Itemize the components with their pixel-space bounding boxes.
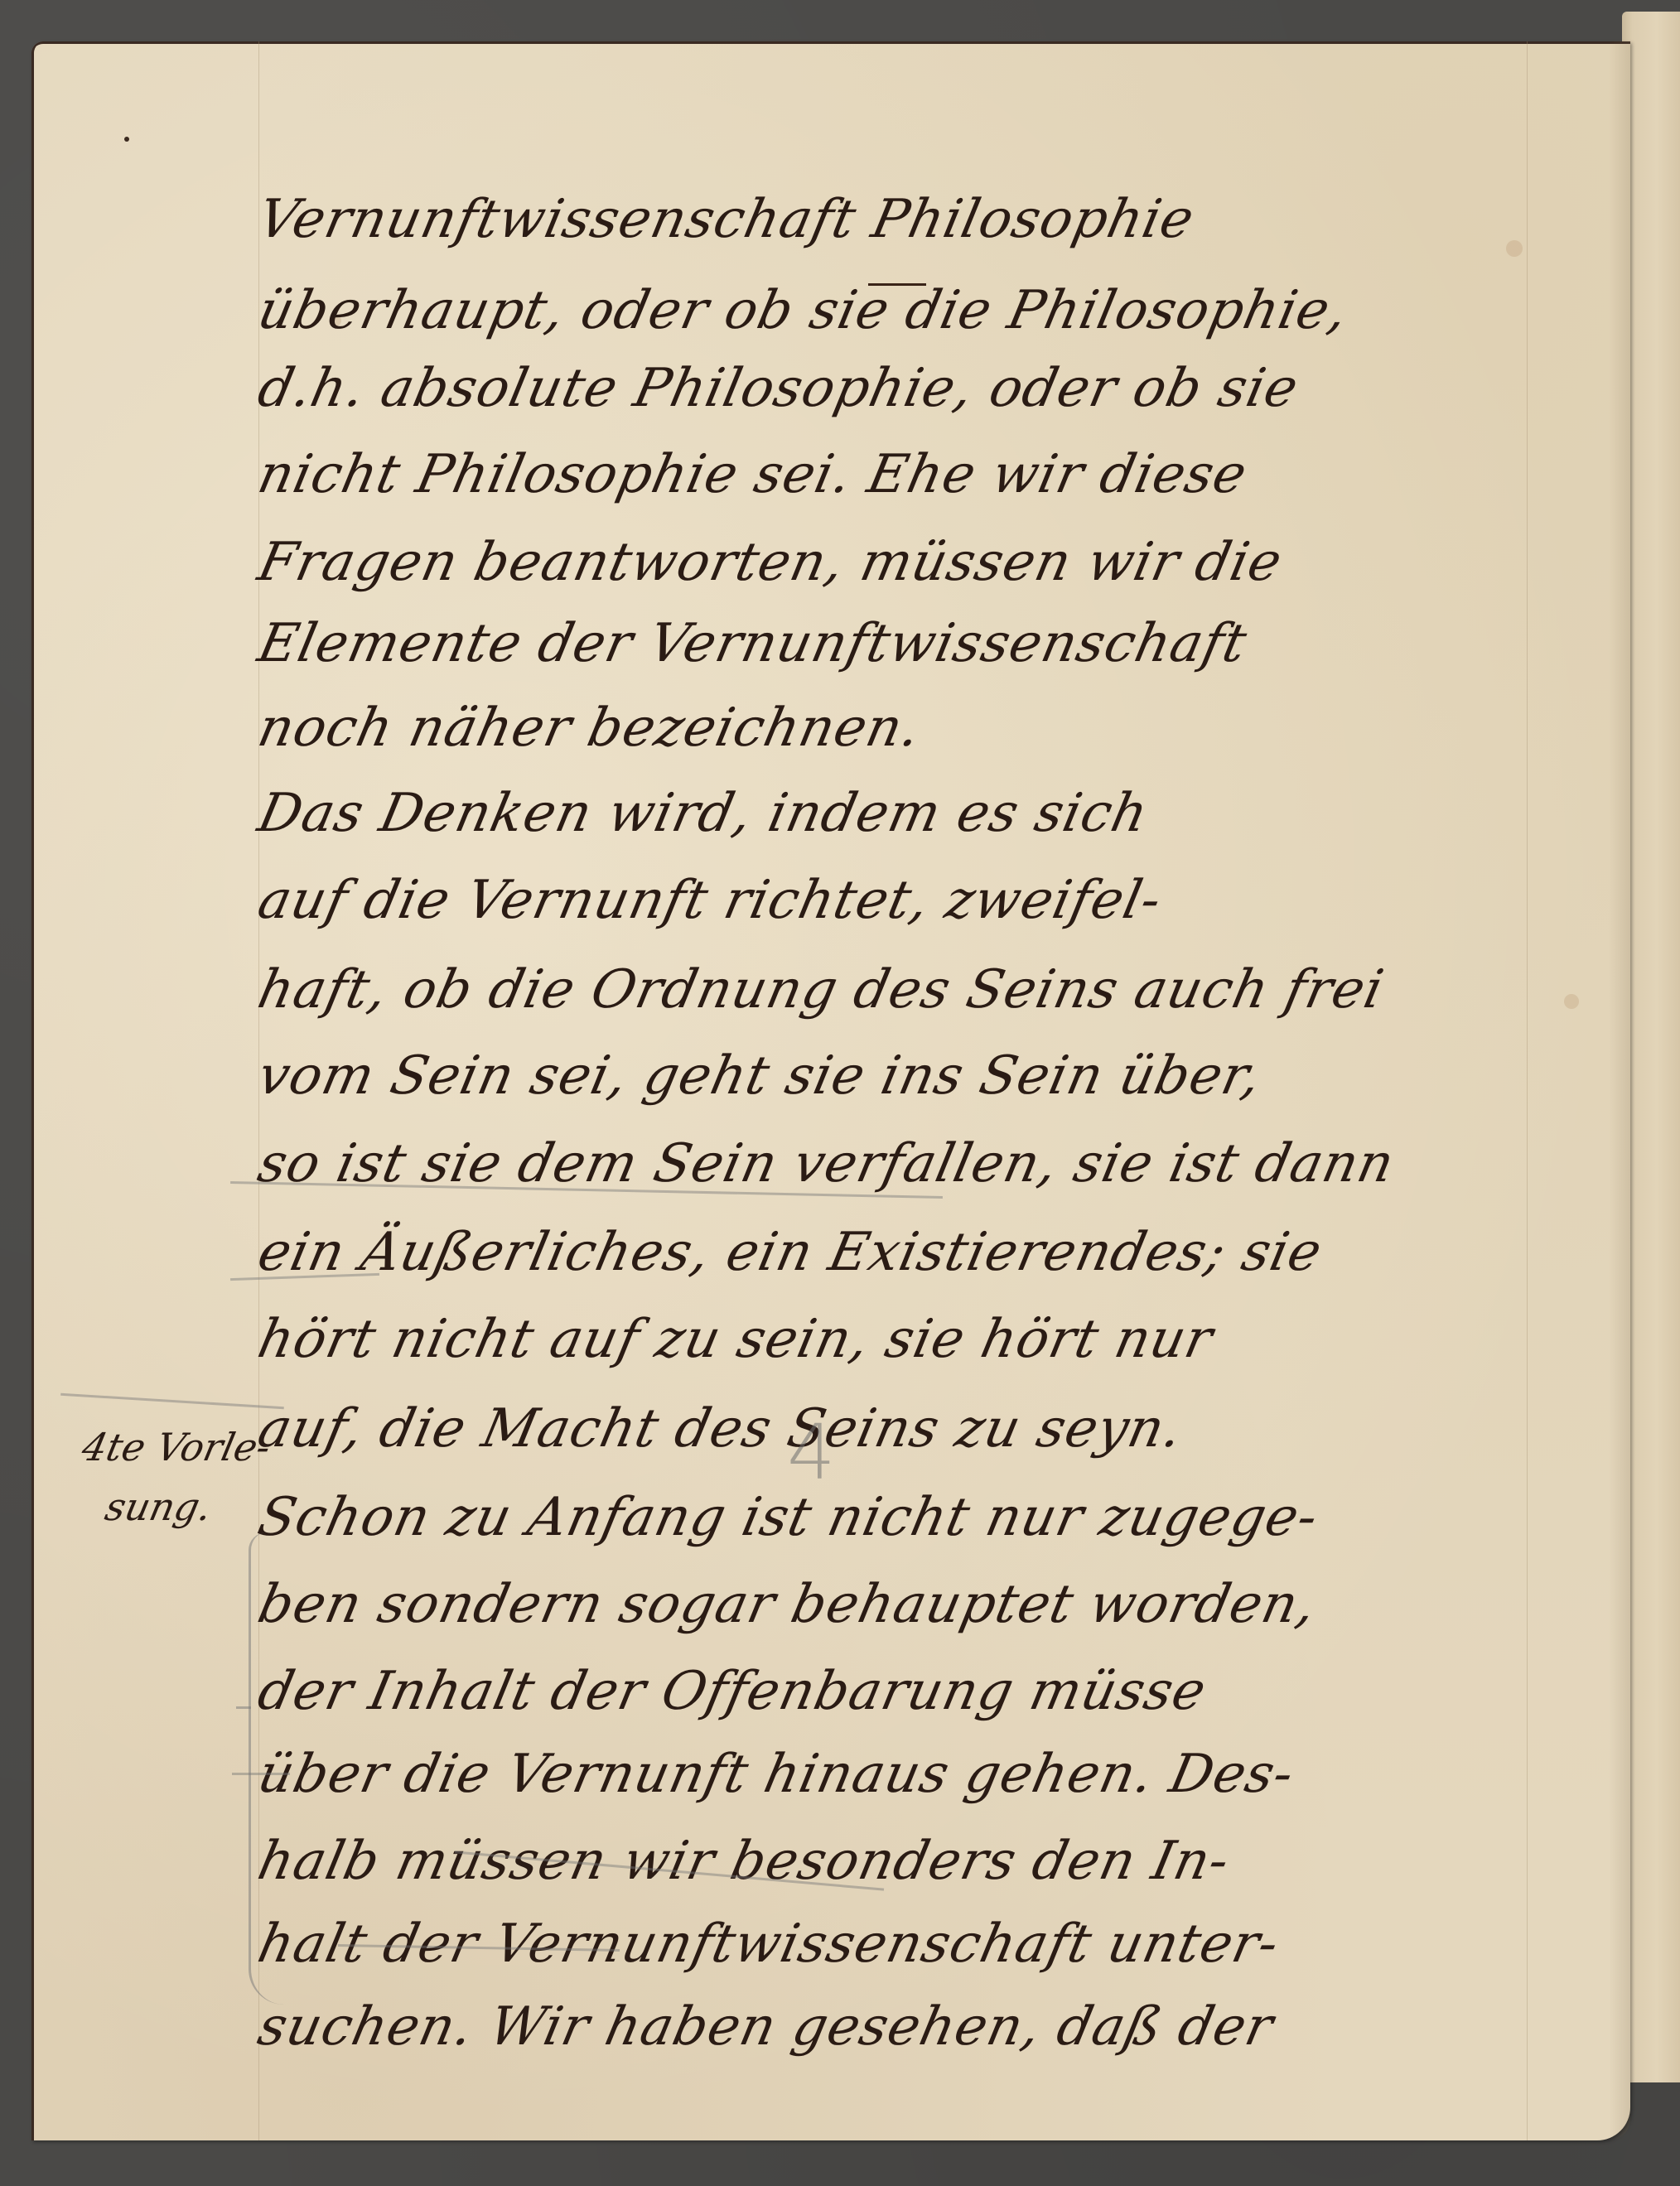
text-line: hört nicht auf zu sein, sie hört nur bbox=[253, 1309, 1219, 1370]
right-margin-rule bbox=[1527, 41, 1528, 2140]
ink-speck bbox=[124, 137, 129, 142]
paper-stain bbox=[1506, 240, 1523, 257]
manuscript-page: Vernunftwissenschaft Philosophie überhau… bbox=[31, 41, 1630, 2140]
text-line: vom Sein sei, geht sie ins Sein über, bbox=[253, 1045, 1267, 1107]
text-line: halt der Vernunftwissenschaft unter- bbox=[253, 1913, 1284, 1975]
text-line: über die Vernunft hinaus gehen. Des- bbox=[253, 1744, 1300, 1805]
text-line: noch näher bezeichnen. bbox=[253, 697, 926, 759]
text-line: Elemente der Vernunftwissenschaft bbox=[253, 613, 1253, 674]
pencil-page-number: 4 bbox=[787, 1408, 836, 1497]
text-line: d.h. absolute Philosophie, oder ob sie bbox=[253, 358, 1304, 419]
ink-underline bbox=[868, 283, 926, 286]
text-line: Das Denken wird, indem es sich bbox=[253, 783, 1154, 844]
text-line: haft, ob die Ordnung des Seins auch frei bbox=[253, 959, 1389, 1021]
text-line: ben sondern sogar behauptet worden, bbox=[253, 1574, 1322, 1635]
text-line: nicht Philosophie sei. Ehe wir diese bbox=[253, 444, 1253, 505]
paper-stain bbox=[1564, 994, 1579, 1009]
pencil-guide-line bbox=[60, 1393, 284, 1409]
text-line: suchen. Wir haben gesehen, daß der bbox=[253, 1996, 1279, 2058]
adjacent-page-edge bbox=[1622, 12, 1680, 2082]
text-line: ein Äußerliches, ein Existierendes; sie bbox=[253, 1222, 1327, 1283]
text-line: auf, die Macht des Seins zu seyn. bbox=[253, 1398, 1188, 1460]
text-line: halb müssen wir besonders den In- bbox=[253, 1831, 1235, 1892]
text-line: auf die Vernunft richtet, zweifel- bbox=[253, 870, 1167, 931]
text-line: Vernunftwissenschaft Philosophie bbox=[253, 189, 1200, 250]
text-line: Fragen beantworten, müssen wir die bbox=[253, 532, 1287, 593]
text-line: überhaupt, oder ob sie die Philosophie, bbox=[253, 280, 1354, 341]
text-line: der Inhalt der Offenbarung müsse bbox=[253, 1661, 1212, 1722]
margin-note-line-1: 4te Vorle- bbox=[78, 1425, 274, 1469]
page-edge-shadow bbox=[1609, 41, 1630, 2140]
margin-note-line-2: sung. bbox=[101, 1484, 215, 1529]
pencil-bracket bbox=[249, 1532, 284, 2005]
